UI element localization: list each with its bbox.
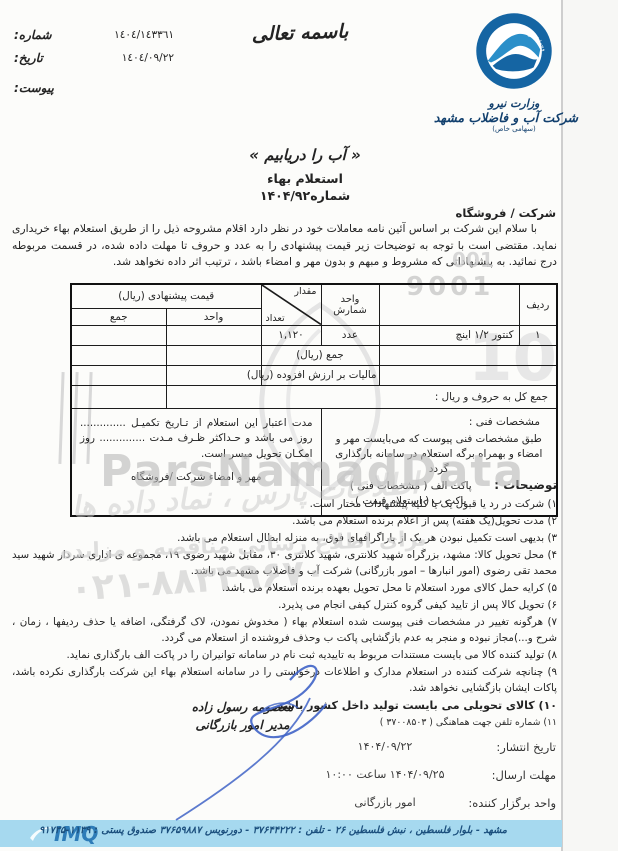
signature-block: معصومه رسول زاده مدیر امور بازرگانی <box>150 700 335 732</box>
item-qty: ۱,۱۲۰ <box>261 325 321 345</box>
notes-section: توضیحات : ۱) شرکت در رد یا قبول یک یا کل… <box>12 478 557 732</box>
note-item-1: ۱) شرکت در رد یا قبول یک یا کلیه پیشنهاد… <box>12 496 557 512</box>
slogan-text: « آب را دریابیم » <box>190 146 420 164</box>
item-description: کنتور ۱/۲ اینچ <box>379 325 519 345</box>
sum-total-cell <box>71 345 166 365</box>
note-item-6: ۶) تحویل کالا پس از تایید کیفی گروه کنتر… <box>12 597 557 613</box>
besmele-text: باسمه تعالی <box>205 19 396 48</box>
signer-name: معصومه رسول زاده <box>150 700 335 714</box>
meta-attachment-row: پیوست: <box>14 81 174 95</box>
col-header-qty: مقدار تعداد <box>261 284 321 325</box>
validity-text: مدت اعتبار این استعلام از تـاریخ تکمیـل … <box>74 410 319 463</box>
specs-title: مشخصات فنی : <box>324 410 555 430</box>
company-type: (سهامی خاص) <box>450 125 578 133</box>
sum-row: جمع (ریال) <box>71 345 557 365</box>
company-logo-block: وجعلنا من الماء كل شيء حي وزارت نیرو شرک… <box>450 10 578 133</box>
deadline-row: مهلت ارسال: ۱۴۰۴/۰۹/۲۵ ساعت ۱۰:۰۰ <box>0 768 618 788</box>
note-item-4: ۴) محل تحویل کالا: مشهد، بزرگراه شهید کل… <box>12 547 557 579</box>
deadline-value: ۱۴۰۴/۰۹/۲۵ ساعت ۱۰:۰۰ <box>300 768 470 781</box>
vat-row-spacer <box>379 365 557 385</box>
grand-total-row: جمع کل به حروف و ریال : <box>71 385 557 408</box>
inquiry-document-page: 001 9001 10 شماره: ١٤٠٤/١٤٣٣٦١ تاریخ: ١٤… <box>0 0 618 851</box>
deadline-label: مهلت ارسال: <box>492 768 556 782</box>
qty-label-top: مقدار <box>294 286 316 297</box>
col-header-description <box>379 284 519 325</box>
grand-total-cell <box>71 385 166 408</box>
note-item-8: ۸) تولید کننده کالا می بایست مستندات مرب… <box>12 647 557 663</box>
letterhead-meta: شماره: ١٤٠٤/١٤٣٣٦١ تاریخ: ١٤٠٤/٠٩/٢٢ پیو… <box>14 28 174 104</box>
organizer-label: واحد برگزار کننده: <box>468 796 556 810</box>
col-header-unit-count: واحد شمارش <box>321 284 379 325</box>
sum-unit-cell <box>166 345 261 365</box>
organizer-value: امور بازرگانی <box>300 796 470 809</box>
note-item-3: ۳) بدیهی است تکمیل نبودن هر یک از پاراگر… <box>12 530 557 546</box>
publish-date-label: تاریخ انتشار: <box>496 740 556 754</box>
signer-title: مدیر امور بازرگانی <box>150 718 335 732</box>
addressee-line: شرکت / فروشگاه <box>456 206 556 220</box>
vat-total-cell <box>71 365 166 385</box>
date-value: ١٤٠٤/٠٩/٢٢ <box>122 52 174 64</box>
vat-row: مالیات بر ارزش افزوده (ریال) <box>71 365 557 385</box>
watermark-bar-1 <box>58 372 64 464</box>
publish-date-row: تاریخ انتشار: ۱۴۰۴/۰۹/۲۲ <box>0 740 618 760</box>
item-row-no: ۱ <box>519 325 557 345</box>
inquiry-title: استعلام بهاء <box>200 171 410 186</box>
number-value: ١٤٠٤/١٤٣٣٦١ <box>114 29 174 41</box>
meta-date-row: تاریخ: ١٤٠٤/٠٩/٢٢ <box>14 51 174 65</box>
company-name: شرکت آب و فاضلاب مشهد <box>450 110 578 125</box>
col-header-price-group: قیمت پیشنهادی (ریال) <box>71 284 261 308</box>
item-unit: عدد <box>321 325 379 345</box>
water-company-logo-icon: وجعلنا من الماء كل شيء حي <box>473 10 555 92</box>
meta-number-row: شماره: ١٤٠٤/١٤٣٣٦١ <box>14 28 174 42</box>
specs-body: طبق مشخصات فنی پیوست که می‌بایست مهر و ا… <box>324 430 555 479</box>
item-total-cell <box>71 325 166 345</box>
ministry-name: وزارت نیرو <box>450 97 578 110</box>
note-item-7: ۷) هرگونه تغییر در مشخصات فنی پیوست شده … <box>12 614 557 646</box>
col-header-price-unit: واحد <box>166 308 261 325</box>
vat-label: مالیات بر ارزش افزوده (ریال) <box>261 365 379 385</box>
note-item-5: ۵) کرایه حمل کالای مورد استعلام تا محل ت… <box>12 580 557 596</box>
notes-title: توضیحات : <box>12 478 557 492</box>
qty-label-bottom: تعداد <box>266 313 285 324</box>
sum-label: جمع (ریال) <box>261 345 379 365</box>
inquiry-number: شماره۱۴۰۴/۹۲ <box>200 188 410 203</box>
note-item-9: ۹) چنانچه شرکت کننده در استعلام مدارک و … <box>12 664 557 696</box>
organizer-row: واحد برگزار کننده: امور بازرگانی <box>0 796 618 816</box>
item-row: ۱ کنتور ۱/۲ اینچ عدد ۱,۱۲۰ <box>71 325 557 345</box>
sum-row-spacer <box>379 345 557 365</box>
grand-total-label: جمع کل به حروف و ریال : <box>166 385 557 408</box>
number-label: شماره: <box>14 28 52 42</box>
footer-bar: IMQ مشهد - بلوار فلسطین ، نبش فلسطین ۲۶ … <box>0 820 562 847</box>
publish-date-value: ۱۴۰۴/۰۹/۲۲ <box>300 740 470 753</box>
date-label: تاریخ: <box>14 51 43 65</box>
col-header-row-no: ردیف <box>519 284 557 325</box>
footer-address: مشهد - بلوار فلسطین ، نبش فلسطین ۲۶ - تل… <box>135 825 507 836</box>
col-header-price-total: جمع <box>71 308 166 325</box>
intro-paragraph: با سلام این شرکت بر اساس آئین نامه معامل… <box>12 221 557 271</box>
note-item-2: ۲) مدت تحویل(یک هفته) پس از اعلام برنده … <box>12 513 557 529</box>
item-unit-price-cell <box>166 325 261 345</box>
attachment-label: پیوست: <box>14 81 54 95</box>
